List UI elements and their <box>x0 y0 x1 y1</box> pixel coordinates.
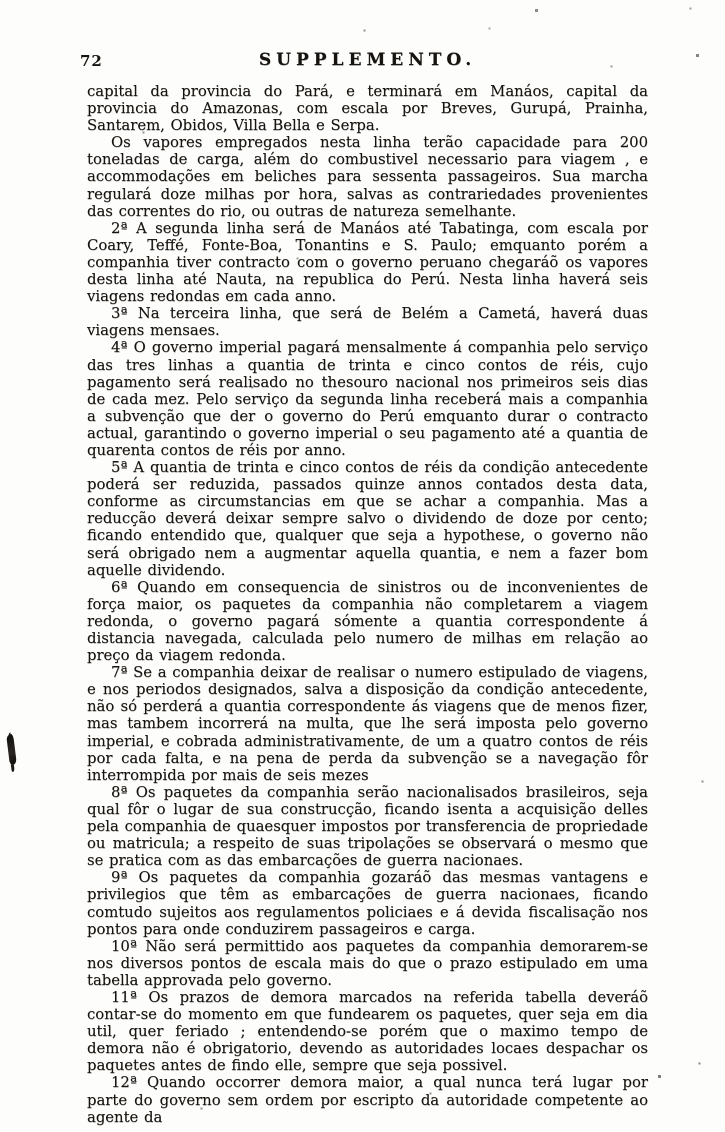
page-title: SUPPLEMENTO. <box>87 50 648 70</box>
clause-4-payment: 4ª O governo imperial pagará mensalmente… <box>87 339 648 459</box>
page-body: capital da provincia do Pará, e terminar… <box>87 83 648 1126</box>
scanned-document-page: 72 SUPPLEMENTO. capital da provincia do … <box>0 0 725 1132</box>
clause-7-multa: 7ª Se a companhia deixar de realisar o n… <box>87 664 648 784</box>
paragraph-vapores-capacity: Os vapores empregados nesta linha terão … <box>87 134 648 219</box>
clause-9-privileges: 9ª Os paquetes da companhia gozaráõ das … <box>87 869 648 937</box>
page-header: 72 SUPPLEMENTO. <box>0 0 725 80</box>
clause-3-third-line: 3ª Na terceira linha, que será de Belém … <box>87 305 648 339</box>
ink-smudge <box>6 734 17 766</box>
clause-8-nationalised: 8ª Os paquetes da companhia serão nacion… <box>87 784 648 869</box>
clause-2-second-line: 2ª A segunda linha será de Manáos até Ta… <box>87 220 648 305</box>
clause-11-demora: 11ª Os prazos de demora marcados na refe… <box>87 989 648 1074</box>
clause-5-reduction: 5ª A quantia de trinta e cinco contos de… <box>87 459 648 579</box>
clause-10-escala: 10ª Não será permittido aos paquetes da … <box>87 938 648 989</box>
clause-12-demora-maior: 12ª Quando occorrer demora maior, a qual… <box>87 1074 648 1125</box>
paragraph-continuation-route: capital da provincia do Pará, e terminar… <box>87 83 648 134</box>
clause-6-sinistros: 6ª Quando em consequencia de sinistros o… <box>87 579 648 664</box>
